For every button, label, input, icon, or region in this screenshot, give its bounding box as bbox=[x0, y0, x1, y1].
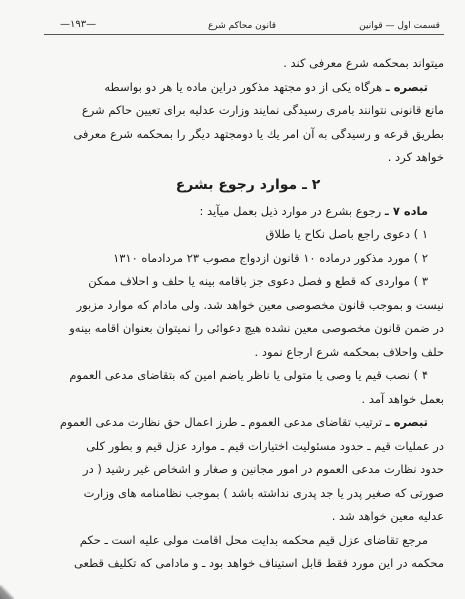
header-title: قانون محاکم شرع bbox=[208, 21, 276, 31]
text-line: مانع قانونی نتوانند بامری رسیدگی نمایند … bbox=[52, 99, 444, 123]
list-item: ۴ ) نصب قیم یا وصی یا متولی یا ناظر یاضم… bbox=[52, 364, 444, 388]
page-number: —۱۹۳— bbox=[60, 19, 96, 30]
scan-shadow-corner bbox=[0, 585, 14, 599]
page-body: میتواند بمحکمه شرع معرفی کند . تبصره ـ ه… bbox=[52, 52, 444, 576]
note-paragraph: تبصره ـ هرگاه یکی از دو مجتهد مذکور درای… bbox=[52, 76, 444, 100]
text-line: در ضمن قانون مخصوصی معین نشده هیچ دعوائی… bbox=[52, 317, 444, 341]
text-line: مرجع تقاضای عزل قیم محکمه بدایت محل اقام… bbox=[52, 529, 444, 553]
text-line: بطریق قرعه و رسیدگی به آن امر یك یا دومج… bbox=[52, 123, 444, 147]
running-header: قسمت اول — قوانین قانون محاکم شرع —۱۹۳— bbox=[44, 18, 444, 35]
note-paragraph: تبصره ـ ترتیب تقاضای مدعی العموم ـ طرز ا… bbox=[52, 411, 444, 435]
text-line: نیست و بموجب قانون مخصوصی معین خواهد شد.… bbox=[52, 294, 444, 318]
note-label: تبصره ـ bbox=[386, 80, 428, 94]
list-item: ۱ ) دعوی راجع باصل نکاح یا طلاق bbox=[52, 223, 444, 247]
scanned-page: قسمت اول — قوانین قانون محاکم شرع —۱۹۳— … bbox=[0, 0, 465, 599]
list-item: ۳ ) مواردی که قطع و فصل دعوی جز باقامه ب… bbox=[52, 270, 444, 294]
article-label: ماده ۷ ـ bbox=[385, 204, 428, 218]
text-line: بعمل خواهد آمد . bbox=[52, 388, 444, 412]
list-item: ۲ ) مورد مذکور درماده ۱۰ قانون ازدواج مص… bbox=[52, 247, 444, 271]
text-line: عدلیه معین خواهد شد . bbox=[52, 505, 444, 529]
text-line: میتواند بمحکمه شرع معرفی کند . bbox=[52, 52, 444, 76]
text-line: صورتی که صغیر پدر یا جد پدری نداشته باشد… bbox=[52, 482, 444, 506]
text-line: محکمه در این مورد فقط قابل استیناف خواهد… bbox=[52, 552, 444, 576]
text-line: حدود نظارت مدعی العموم در امور مجانین و … bbox=[52, 458, 444, 482]
note-label: تبصره ـ bbox=[386, 415, 428, 429]
section-heading: ۲ ـ موارد رجوع بشرع bbox=[52, 170, 444, 200]
text-line: خواهد کرد . bbox=[52, 146, 444, 170]
header-section: قسمت اول — قوانین bbox=[359, 21, 440, 31]
text-line: در عملیات قیم ـ حدود مسئولیت اختیارات قی… bbox=[52, 435, 444, 459]
article-line: ماده ۷ ـ رجوع بشرع در موارد ذیل بعمل میآ… bbox=[52, 200, 444, 224]
text-line: حلف واحلاف بمحکمه شرع ارجاع نمود . bbox=[52, 341, 444, 365]
